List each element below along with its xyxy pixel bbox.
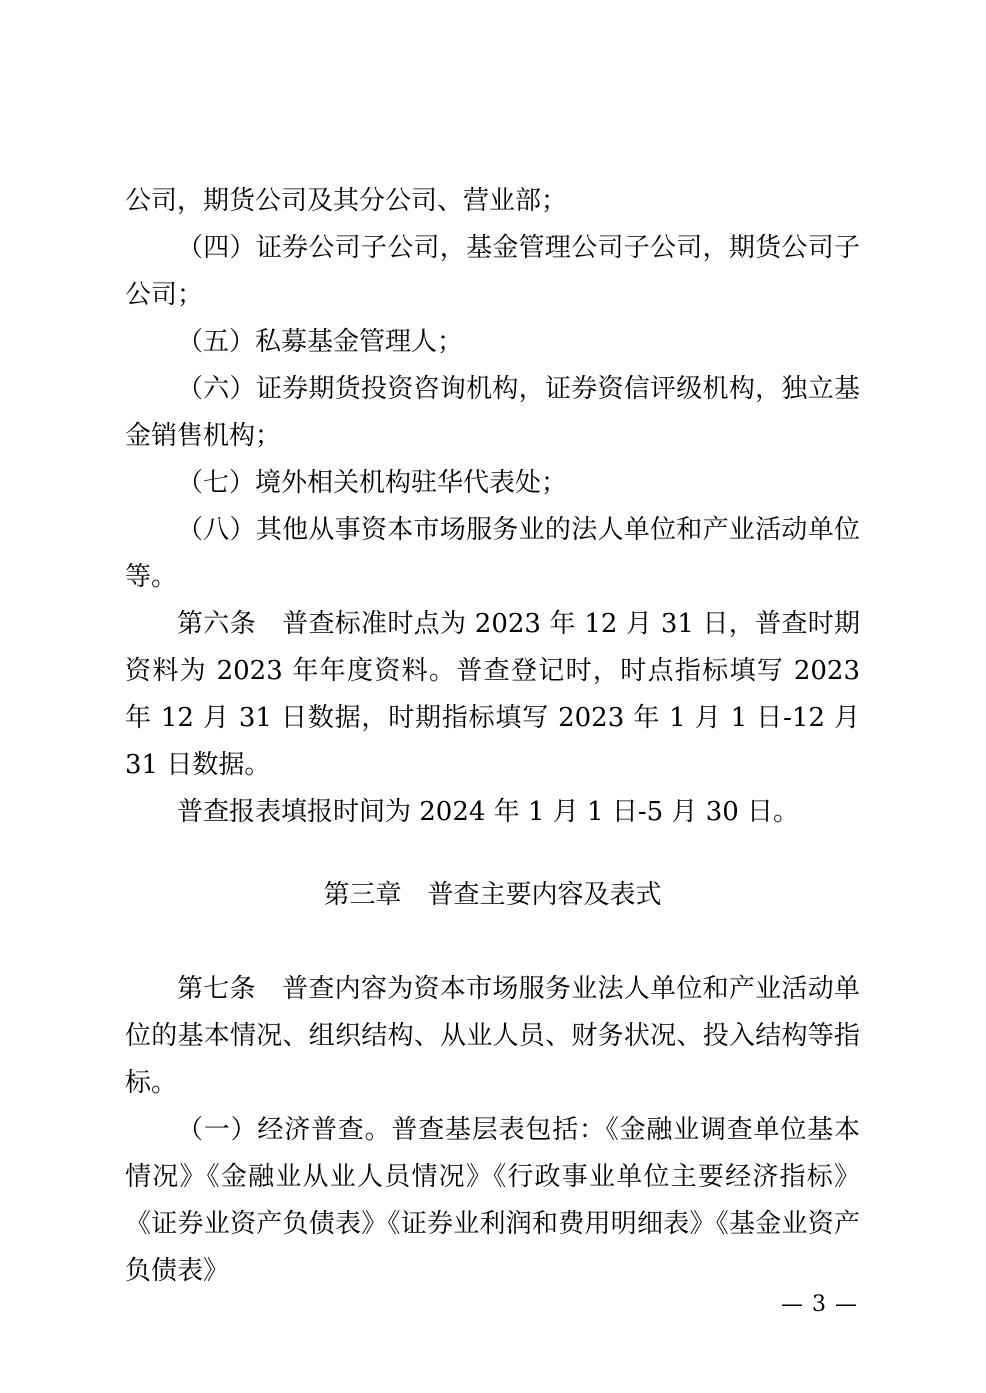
paragraph: （七）境外相关机构驻华代表处；: [125, 460, 860, 507]
document-body: 公司，期货公司及其分公司、营业部；（四）证券公司子公司，基金管理公司子公司，期货…: [125, 178, 860, 1295]
paragraph: 第七条 普查内容为资本市场服务业法人单位和产业活动单位的基本情况、组织结构、从业…: [125, 966, 860, 1107]
document-page: 公司，期货公司及其分公司、营业部；（四）证券公司子公司，基金管理公司子公司，期货…: [0, 0, 986, 1393]
page-number: — 3 —: [781, 1292, 858, 1318]
paragraph: 普查报表填报时间为 2024 年 1 月 1 日-5 月 30 日。: [125, 789, 860, 836]
paragraph: （八）其他从事资本市场服务业的法人单位和产业活动单位等。: [125, 507, 860, 601]
paragraph: 公司，期货公司及其分公司、营业部；: [125, 178, 860, 225]
paragraph: （六）证券期货投资咨询机构，证券资信评级机构，独立基金销售机构；: [125, 366, 860, 460]
paragraph: （一）经济普查。普查基层表包括：《金融业调查单位基本情况》《金融业从业人员情况》…: [125, 1107, 860, 1295]
paragraph: 第六条 普查标准时点为 2023 年 12 月 31 日，普查时期资料为 202…: [125, 601, 860, 789]
paragraph: （四）证券公司子公司，基金管理公司子公司，期货公司子公司；: [125, 225, 860, 319]
chapter-heading: 第三章 普查主要内容及表式: [125, 872, 860, 919]
paragraph: （五）私募基金管理人；: [125, 319, 860, 366]
